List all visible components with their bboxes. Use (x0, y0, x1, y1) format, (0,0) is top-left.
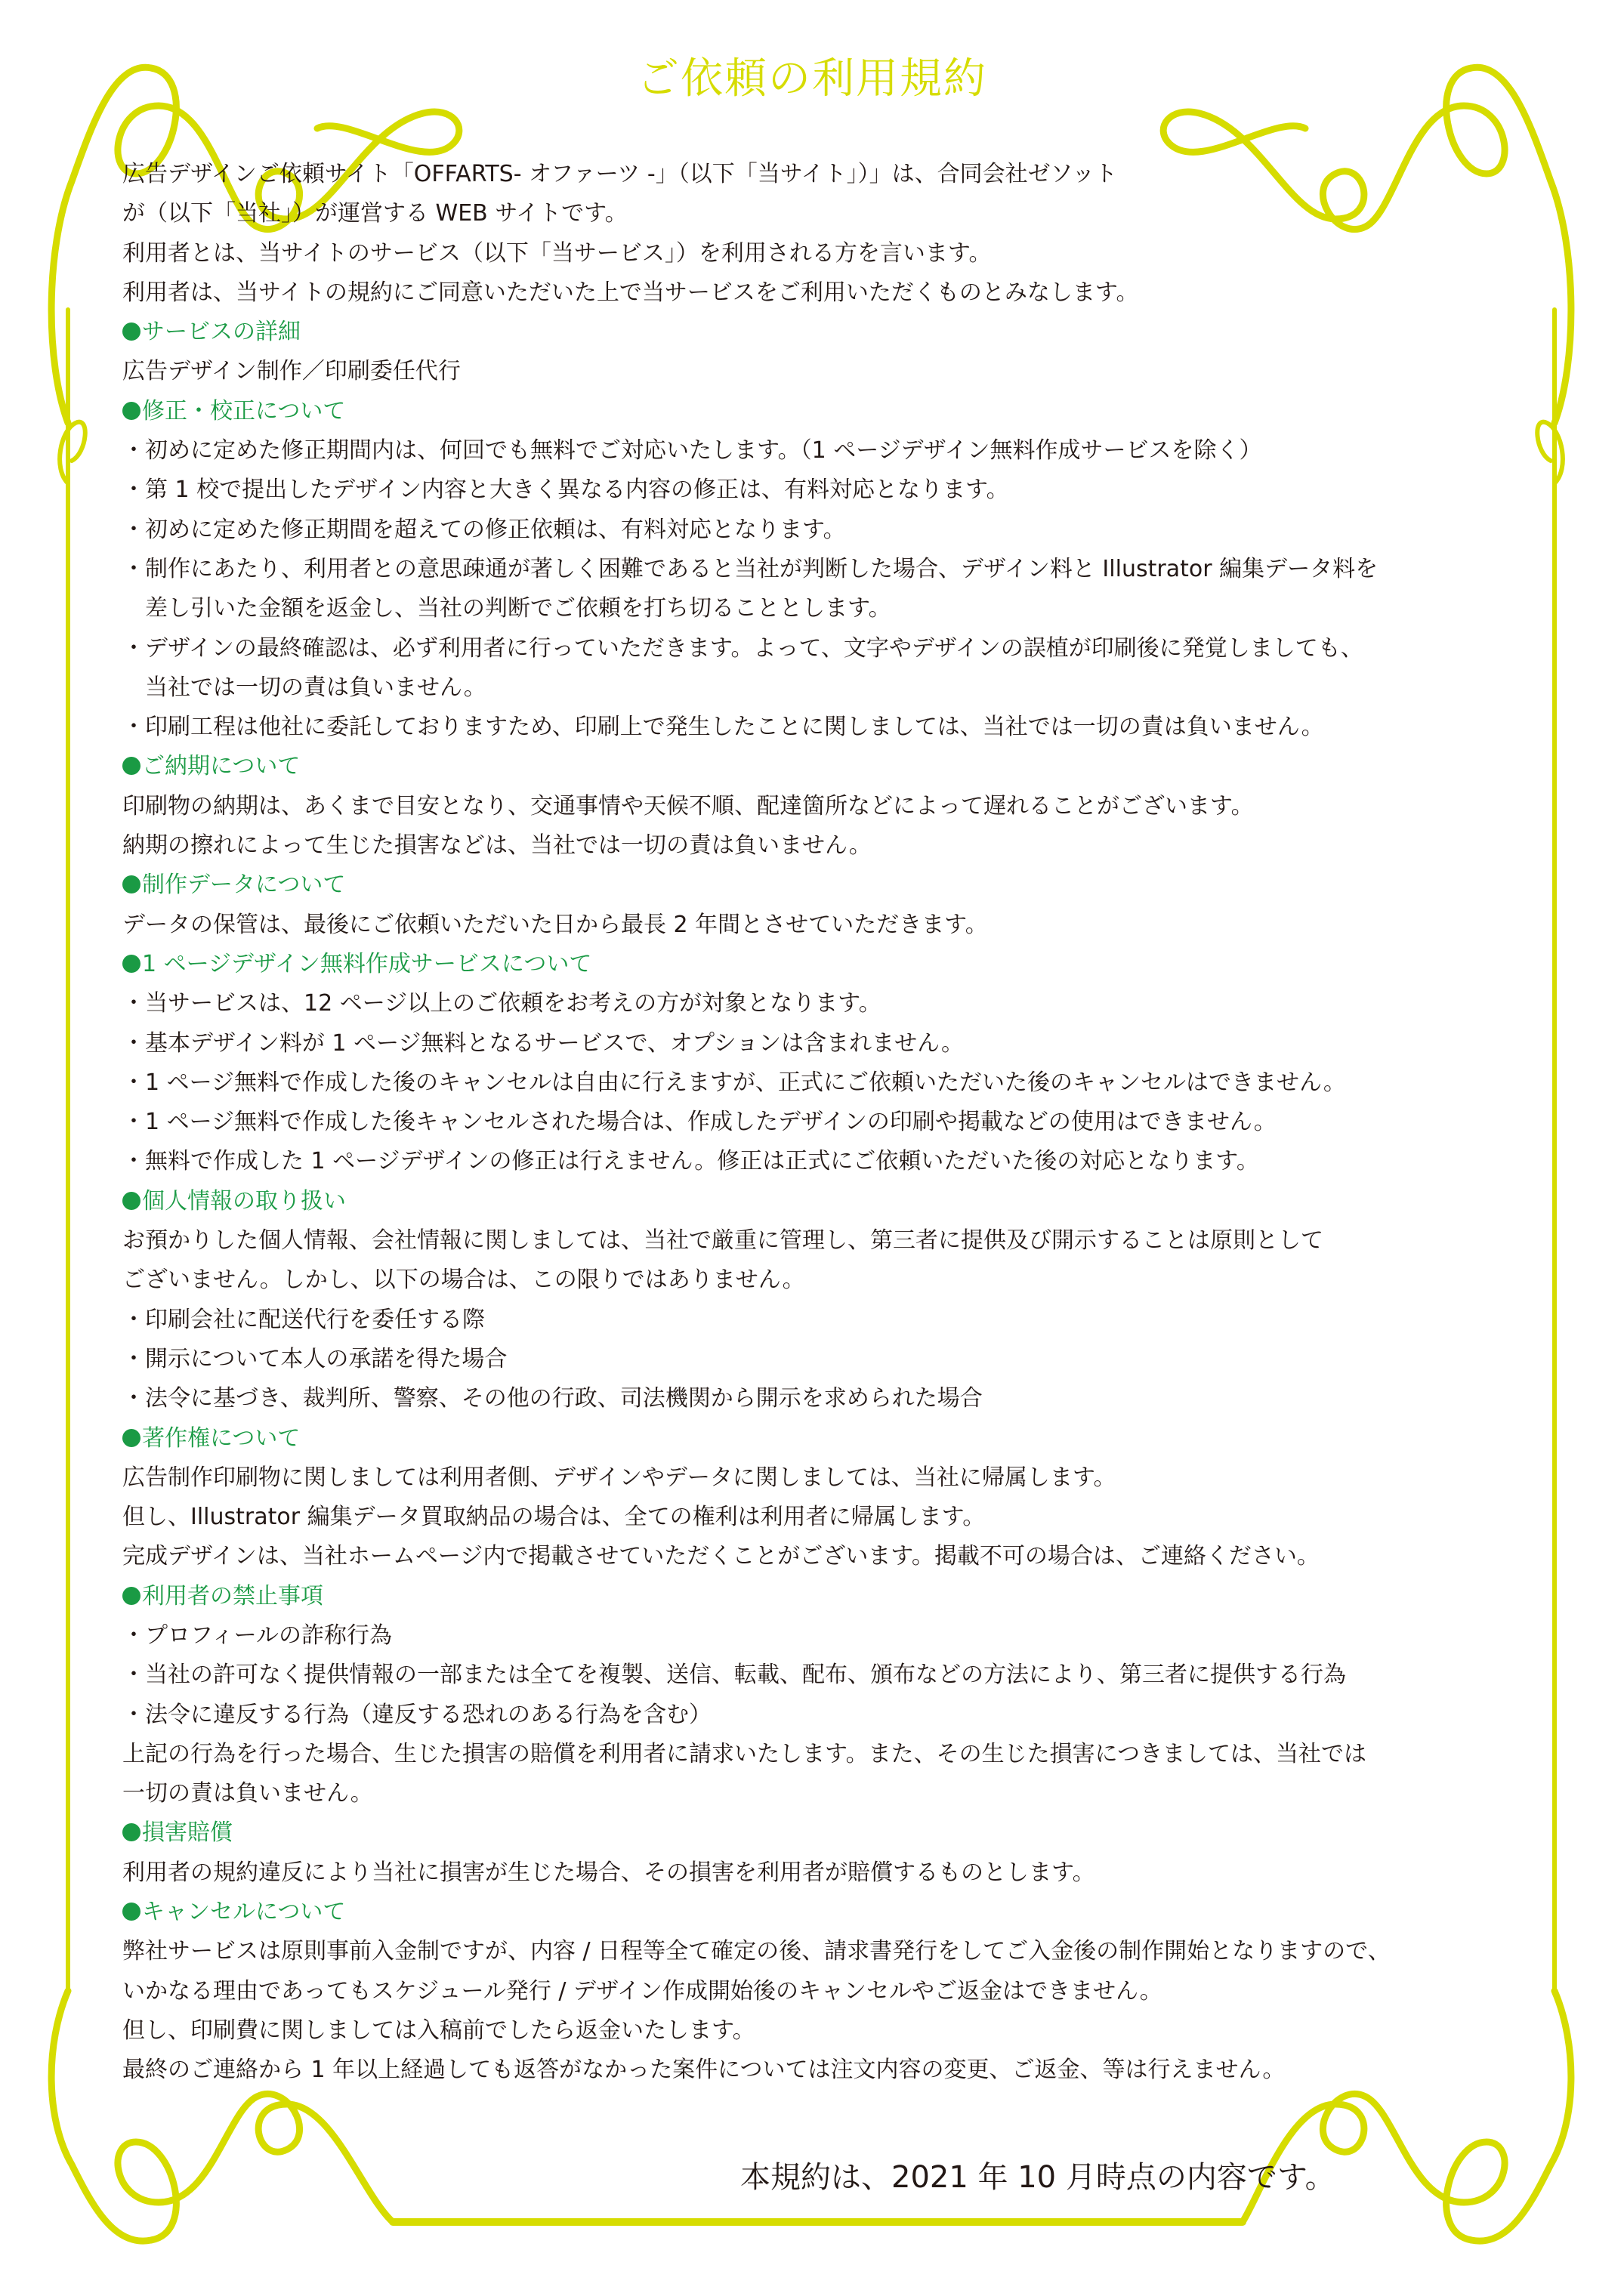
section: 著作権について広告制作印刷物に関しましては利用者側、デザインやデータに関しまして… (122, 1419, 1542, 1577)
section-line: ・デザインの最終確認は、必ず利用者に行っていただきます。よって、文字やデザインの… (122, 629, 1542, 668)
section-line: ・1 ページ無料で作成した後キャンセルされた場合は、作成したデザインの印刷や掲載… (122, 1103, 1542, 1142)
section-heading: 著作権について (122, 1419, 1542, 1458)
section-line: ・基本デザイン料が 1 ページ無料となるサービスで、オプションは含まれません。 (122, 1024, 1542, 1063)
intro-line: 利用者は、当サイトの規約にご同意いただいた上で当サービスをご利用いただくものとみ… (122, 273, 1542, 313)
section-heading: 個人情報の取り扱い (122, 1182, 1542, 1221)
section-line: ・制作にあたり、利用者との意思疎通が著しく困難であると当社が判断した場合、デザイ… (122, 550, 1542, 589)
section-line: 納期の擦れによって生じた損害などは、当社では一切の責は負いません。 (122, 826, 1542, 866)
bullet-circle-icon (122, 1429, 140, 1447)
section-line: ・1 ページ無料で作成した後のキャンセルは自由に行えますが、正式にご依頼いただい… (122, 1063, 1542, 1103)
bullet-circle-icon (122, 1192, 140, 1210)
intro-line: 広告デザインご依頼サイト「OFFARTS- オファーツ -」（以下「当サイト」）… (122, 155, 1542, 194)
section-line: 完成デザインは、当社ホームページ内で掲載させていただくことがございます。掲載不可… (122, 1537, 1542, 1576)
section-line: お預かりした個人情報、会社情報に関しましては、当社で厳重に管理し、第三者に提供及… (122, 1221, 1542, 1261)
section-line: 差し引いた金額を返金し、当社の判断でご依頼を打ち切ることとします。 (122, 589, 1542, 628)
bullet-circle-icon (122, 1587, 140, 1605)
section-line: 広告デザイン制作／印刷委任代行 (122, 352, 1542, 391)
section: ご納期について印刷物の納期は、あくまで目安となり、交通事情や天候不順、配達箇所な… (122, 747, 1542, 866)
section-heading: 利用者の禁止事項 (122, 1577, 1542, 1616)
bullet-circle-icon (122, 875, 140, 893)
section-line: ・印刷工程は他社に委託しておりますため、印刷上で発生したことに関しましては、当社… (122, 708, 1542, 747)
section-line: ・無料で作成した 1 ページデザインの修正は行えません。修正は正式にご依頼いただ… (122, 1142, 1542, 1181)
section-line: ・法令に違反する行為（違反する恐れのある行為を含む） (122, 1696, 1542, 1735)
intro: 広告デザインご依頼サイト「OFFARTS- オファーツ -」（以下「当サイト」）… (122, 155, 1542, 313)
bullet-circle-icon (122, 1823, 140, 1841)
bullet-circle-icon (122, 1903, 140, 1921)
section-heading-text: ご納期について (142, 753, 300, 779)
section-heading: ご納期について (122, 747, 1542, 786)
section: 損害賠償利用者の規約違反により当社に損害が生じた場合、その損害を利用者が賠償する… (122, 1813, 1542, 1893)
sections: サービスの詳細広告デザイン制作／印刷委任代行修正・校正について・初めに定めた修正… (122, 313, 1542, 2090)
section-heading: 1 ページデザイン無料作成サービスについて (122, 945, 1542, 984)
section-line: いかなる理由であってもスケジュール発行 / デザイン作成開始後のキャンセルやご返… (122, 1972, 1542, 2011)
section: 個人情報の取り扱いお預かりした個人情報、会社情報に関しましては、当社で厳重に管理… (122, 1182, 1542, 1419)
section-line: ・開示について本人の承諾を得た場合 (122, 1340, 1542, 1379)
intro-line: が（以下「当社」）が運営する WEB サイトです。 (122, 194, 1542, 233)
page-title: ご依頼の利用規約 (0, 53, 1624, 106)
section-line: 利用者の規約違反により当社に損害が生じた場合、その損害を利用者が賠償するものとし… (122, 1853, 1542, 1893)
section-heading: サービスの詳細 (122, 313, 1542, 352)
section-heading-text: 利用者の禁止事項 (142, 1583, 323, 1609)
section: サービスの詳細広告デザイン制作／印刷委任代行 (122, 313, 1542, 392)
section-line: 最終のご連絡から 1 年以上経過しても返答がなかった案件については注文内容の変更… (122, 2051, 1542, 2090)
section-heading-text: 1 ページデザイン無料作成サービスについて (142, 951, 591, 977)
section-line: ・当社の許可なく提供情報の一部または全てを複製、送信、転載、配布、頒布などの方法… (122, 1656, 1542, 1695)
section: キャンセルについて弊社サービスは原則事前入金制ですが、内容 / 日程等全て確定の… (122, 1893, 1542, 2090)
section-line: 但し、印刷費に関しましては入稿前でしたら返金いたします。 (122, 2011, 1542, 2051)
section-line: ・第 1 校で提出したデザイン内容と大きく異なる内容の修正は、有料対応となります… (122, 471, 1542, 510)
bullet-circle-icon (122, 955, 140, 973)
section: 利用者の禁止事項・プロフィールの詐称行為・当社の許可なく提供情報の一部または全て… (122, 1577, 1542, 1814)
section-line: 但し、Illustrator 編集データ買取納品の場合は、全ての権利は利用者に帰… (122, 1498, 1542, 1537)
section-line: ・プロフィールの詐称行為 (122, 1616, 1542, 1656)
section: 1 ページデザイン無料作成サービスについて・当サービスは、12 ページ以上のご依… (122, 945, 1542, 1182)
bullet-circle-icon (122, 323, 140, 341)
section-line: 当社では一切の責は負いません。 (122, 668, 1542, 708)
section-heading-text: 個人情報の取り扱い (142, 1188, 346, 1214)
section-line: 印刷物の納期は、あくまで目安となり、交通事情や天候不順、配達箇所などによって遅れ… (122, 787, 1542, 826)
section: 制作データについてデータの保管は、最後にご依頼いただいた日から最長 2 年間とさ… (122, 866, 1542, 945)
section-line: 一切の責は負いません。 (122, 1774, 1542, 1813)
section-heading-text: 損害賠償 (142, 1819, 233, 1846)
effective-date-note: 本規約は、2021 年 10 月時点の内容です。 (740, 2156, 1335, 2199)
section-line: ・初めに定めた修正期間内は、何回でも無料でご対応いたします。（1 ページデザイン… (122, 431, 1542, 471)
section-line: ・法令に基づき、裁判所、警察、その他の行政、司法機関から開示を求められた場合 (122, 1379, 1542, 1418)
section-line: ・初めに定めた修正期間を超えての修正依頼は、有料対応となります。 (122, 511, 1542, 550)
section-line: ・印刷会社に配送代行を委任する際 (122, 1301, 1542, 1340)
section-heading: 制作データについて (122, 866, 1542, 905)
section-line: ・当サービスは、12 ページ以上のご依頼をお考えの方が対象となります。 (122, 984, 1542, 1023)
section-heading-text: 修正・校正について (142, 398, 345, 424)
section-line: ございません。しかし、以下の場合は、この限りではありません。 (122, 1261, 1542, 1300)
section-line: 弊社サービスは原則事前入金制ですが、内容 / 日程等全て確定の後、請求書発行をし… (122, 1932, 1542, 1971)
section-heading-text: キャンセルについて (142, 1899, 345, 1925)
section-heading: 損害賠償 (122, 1813, 1542, 1853)
section-heading: 修正・校正について (122, 392, 1542, 431)
section-line: 上記の行為を行った場合、生じた損害の賠償を利用者に請求いたします。また、その生じ… (122, 1735, 1542, 1774)
bullet-circle-icon (122, 402, 140, 420)
section-line: 広告制作印刷物に関しましては利用者側、デザインやデータに関しましては、当社に帰属… (122, 1458, 1542, 1498)
terms-body: 広告デザインご依頼サイト「OFFARTS- オファーツ -」（以下「当サイト」）… (122, 155, 1542, 2091)
section: 修正・校正について・初めに定めた修正期間内は、何回でも無料でご対応いたします。（… (122, 392, 1542, 748)
section-line: データの保管は、最後にご依頼いただいた日から最長 2 年間とさせていただきます。 (122, 906, 1542, 945)
section-heading-text: 著作権について (142, 1425, 300, 1452)
section-heading-text: サービスの詳細 (142, 319, 301, 345)
bullet-circle-icon (122, 757, 140, 775)
intro-line: 利用者とは、当サイトのサービス（以下「当サービス」）を利用される方を言います。 (122, 234, 1542, 273)
section-heading: キャンセルについて (122, 1893, 1542, 1932)
section-heading-text: 制作データについて (142, 872, 345, 898)
